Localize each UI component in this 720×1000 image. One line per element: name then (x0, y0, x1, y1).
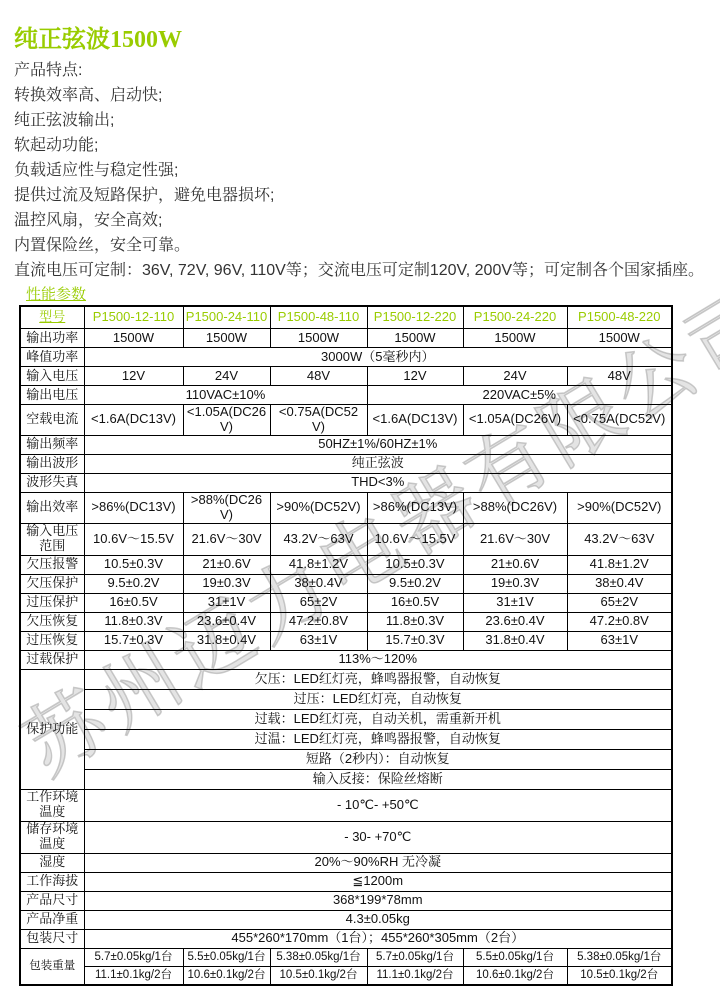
spec-value-cell: 220VAC±5% (367, 386, 672, 405)
spec-value-cell: 65±2V (270, 593, 367, 612)
spec-row: 输出效率>86%(DC13V)>88%(DC26V)>90%(DC52V)>86… (20, 492, 672, 523)
spec-value-cell: 21.6V～30V (183, 523, 270, 555)
spec-value-cell: <1.6A(DC13V) (367, 405, 463, 436)
feature-line: 转换效率高、启动快; (14, 83, 720, 108)
spec-row: 储存环境温度- 30- +70℃ (20, 821, 672, 853)
spec-row: 欠压保护9.5±0.2V19±0.3V38±0.4V9.5±0.2V19±0.3… (20, 574, 672, 593)
spec-value-cell: 15.7±0.3V (84, 631, 183, 650)
spec-value-cell: <1.6A(DC13V) (84, 405, 183, 436)
spec-row: 输入电压范围10.6V～15.5V21.6V～30V43.2V～63V10.6V… (20, 523, 672, 555)
spec-value-cell: 5.7±0.05kg/1台 (367, 948, 463, 966)
spec-row: 过温：LED红灯亮，蜂鸣器报警，自动恢复 (20, 729, 672, 749)
spec-row: 产品尺寸368*199*78mm (20, 891, 672, 910)
spec-value-cell: ≦1200m (84, 872, 672, 891)
spec-table: 型号P1500-12-110P1500-24-110P1500-48-110P1… (19, 305, 673, 986)
spec-value-cell: 9.5±0.2V (367, 574, 463, 593)
spec-row: 过载保护113%～120% (20, 650, 672, 669)
spec-value-cell: 10.5±0.1kg/2台 (270, 966, 367, 985)
spec-value-cell: 10.6V～15.5V (367, 523, 463, 555)
spec-value-cell: 21.6V～30V (463, 523, 567, 555)
spec-row: 11.1±0.1kg/2台10.6±0.1kg/2台10.5±0.1kg/2台1… (20, 966, 672, 985)
spec-value-cell: 38±0.4V (567, 574, 672, 593)
feature-line: 软起动功能; (14, 133, 720, 158)
spec-value-cell: P1500-12-110 (84, 306, 183, 329)
spec-row-label: 输出频率 (20, 435, 84, 454)
spec-row: 过压恢复15.7±0.3V31.8±0.4V63±1V15.7±0.3V31.8… (20, 631, 672, 650)
spec-value-cell: 43.2V～63V (567, 523, 672, 555)
spec-row: 包装尺寸455*260*170mm（1台）；455*260*305mm（2台） (20, 929, 672, 948)
spec-value-cell: 65±2V (567, 593, 672, 612)
spec-row: 输入反接：保险丝熔断 (20, 769, 672, 789)
spec-value-cell: >86%(DC13V) (84, 492, 183, 523)
spec-value-cell: 10.6±0.1kg/2台 (183, 966, 270, 985)
spec-value-cell: 16±0.5V (367, 593, 463, 612)
spec-value-cell: 21±0.6V (183, 555, 270, 574)
spec-value-cell: 4.3±0.05kg (84, 910, 672, 929)
spec-value-cell: 3000W（5毫秒内） (84, 348, 672, 367)
spec-value-cell: 21±0.6V (463, 555, 567, 574)
spec-row-label: 过压保护 (20, 593, 84, 612)
product-features: 产品特点: 转换效率高、启动快;纯正弦波输出;软起动功能;负载适应性与稳定性强;… (0, 58, 720, 283)
feature-line: 直流电压可定制：36V, 72V, 96V, 110V等；交流电压可定制120V… (14, 258, 720, 283)
spec-value-cell: P1500-48-220 (567, 306, 672, 329)
spec-value-cell: 10.5±0.3V (84, 555, 183, 574)
spec-value-cell: 过压：LED红灯亮，自动恢复 (84, 689, 672, 709)
spec-value-cell: 31±1V (463, 593, 567, 612)
spec-value-cell: >86%(DC13V) (367, 492, 463, 523)
spec-value-cell: 1500W (183, 329, 270, 348)
spec-row: 包装重量5.7±0.05kg/1台5.5±0.05kg/1台5.38±0.05k… (20, 948, 672, 966)
spec-value-cell: 16±0.5V (84, 593, 183, 612)
spec-row: 输出电压110VAC±10%220VAC±5% (20, 386, 672, 405)
spec-row-label: 储存环境温度 (20, 821, 84, 853)
spec-value-cell: 11.1±0.1kg/2台 (84, 966, 183, 985)
product-spec-page: 苏州迈力电器有限公司 纯正弦波1500W 产品特点: 转换效率高、启动快;纯正弦… (0, 0, 720, 1000)
spec-value-cell: 63±1V (270, 631, 367, 650)
spec-value-cell: 10.5±0.1kg/2台 (567, 966, 672, 985)
spec-value-cell: 短路（2秒内）：自动恢复 (84, 749, 672, 769)
spec-value-cell: 23.6±0.4V (183, 612, 270, 631)
section-title-performance: 性能参数 (26, 286, 720, 303)
spec-value-cell: 110VAC±10% (84, 386, 367, 405)
spec-row-label: 包装尺寸 (20, 929, 84, 948)
spec-value-cell: 41.8±1.2V (567, 555, 672, 574)
spec-value-cell: 过温：LED红灯亮，蜂鸣器报警，自动恢复 (84, 729, 672, 749)
spec-value-cell: 38±0.4V (270, 574, 367, 593)
spec-value-cell: 纯正弦波 (84, 454, 672, 473)
spec-row: 过载：LED红灯亮，自动关机，需重新开机 (20, 709, 672, 729)
spec-value-cell: 10.6V～15.5V (84, 523, 183, 555)
spec-value-cell: >90%(DC52V) (270, 492, 367, 523)
page-content: 纯正弦波1500W 产品特点: 转换效率高、启动快;纯正弦波输出;软起动功能;负… (0, 26, 720, 986)
spec-value-cell: <0.75A(DC52V) (270, 405, 367, 436)
spec-value-cell: P1500-24-220 (463, 306, 567, 329)
spec-row-label: 工作环境温度 (20, 789, 84, 821)
spec-value-cell: 5.38±0.05kg/1台 (567, 948, 672, 966)
spec-value-cell: 43.2V～63V (270, 523, 367, 555)
spec-value-cell: 63±1V (567, 631, 672, 650)
spec-row-label: 输出效率 (20, 492, 84, 523)
spec-row: 过压保护16±0.5V31±1V65±2V16±0.5V31±1V65±2V (20, 593, 672, 612)
feature-line: 负载适应性与稳定性强; (14, 158, 720, 183)
spec-row: 保护功能欠压：LED红灯亮，蜂鸣器报警，自动恢复 (20, 669, 672, 689)
spec-row: 输出频率50HZ±1%/60HZ±1% (20, 435, 672, 454)
spec-row-label: 产品尺寸 (20, 891, 84, 910)
spec-row: 工作环境温度- 10℃- +50℃ (20, 789, 672, 821)
spec-row-label: 输入电压 (20, 367, 84, 386)
spec-value-cell: THD<3% (84, 473, 672, 492)
page-title: 纯正弦波1500W (14, 26, 720, 54)
spec-value-cell: 15.7±0.3V (367, 631, 463, 650)
spec-row: 产品净重4.3±0.05kg (20, 910, 672, 929)
model-header-row: 型号P1500-12-110P1500-24-110P1500-48-110P1… (20, 306, 672, 329)
spec-value-cell: 20%～90%RH 无冷凝 (84, 853, 672, 872)
spec-value-cell: 5.5±0.05kg/1台 (183, 948, 270, 966)
spec-value-cell: 10.5±0.3V (367, 555, 463, 574)
features-heading: 产品特点: (14, 58, 720, 83)
spec-value-cell: - 30- +70℃ (84, 821, 672, 853)
spec-value-cell: 31.8±0.4V (183, 631, 270, 650)
spec-row-label: 湿度 (20, 853, 84, 872)
spec-value-cell: 48V (567, 367, 672, 386)
spec-value-cell: 9.5±0.2V (84, 574, 183, 593)
spec-value-cell: 11.8±0.3V (84, 612, 183, 631)
spec-table-body: 型号P1500-12-110P1500-24-110P1500-48-110P1… (20, 306, 672, 985)
spec-row: 波形失真THD<3% (20, 473, 672, 492)
spec-value-cell: >88%(DC26V) (183, 492, 270, 523)
spec-value-cell: - 10℃- +50℃ (84, 789, 672, 821)
feature-line: 纯正弦波输出; (14, 108, 720, 133)
spec-row-label: 欠压恢复 (20, 612, 84, 631)
feature-line: 提供过流及短路保护，避免电器损坏; (14, 183, 720, 208)
spec-row: 输入电压12V24V48V12V24V48V (20, 367, 672, 386)
spec-row-label: 工作海拔 (20, 872, 84, 891)
feature-line: 内置保险丝，安全可靠。 (14, 233, 720, 258)
spec-value-cell: 11.1±0.1kg/2台 (367, 966, 463, 985)
spec-row-label: 包装重量 (20, 948, 84, 985)
spec-value-cell: 5.7±0.05kg/1台 (84, 948, 183, 966)
spec-row-label: 输出功率 (20, 329, 84, 348)
spec-row-label: 过压恢复 (20, 631, 84, 650)
spec-value-cell: <1.05A(DC26V) (463, 405, 567, 436)
spec-value-cell: 48V (270, 367, 367, 386)
spec-row-label: 过载保护 (20, 650, 84, 669)
spec-value-cell: 47.2±0.8V (567, 612, 672, 631)
spec-value-cell: 24V (463, 367, 567, 386)
spec-value-cell: 1500W (367, 329, 463, 348)
spec-value-cell: 19±0.3V (463, 574, 567, 593)
spec-value-cell: P1500-24-110 (183, 306, 270, 329)
spec-row-label: 产品净重 (20, 910, 84, 929)
spec-value-cell: 31±1V (183, 593, 270, 612)
spec-row: 短路（2秒内）：自动恢复 (20, 749, 672, 769)
spec-row: 过压：LED红灯亮，自动恢复 (20, 689, 672, 709)
spec-row: 空载电流<1.6A(DC13V)<1.05A(DC26V)<0.75A(DC52… (20, 405, 672, 436)
spec-row: 输出波形纯正弦波 (20, 454, 672, 473)
spec-value-cell: 455*260*170mm（1台）；455*260*305mm（2台） (84, 929, 672, 948)
spec-value-cell: 1500W (84, 329, 183, 348)
spec-value-cell: 12V (84, 367, 183, 386)
spec-value-cell: 10.6±0.1kg/2台 (463, 966, 567, 985)
spec-value-cell: 5.38±0.05kg/1台 (270, 948, 367, 966)
spec-row: 工作海拔≦1200m (20, 872, 672, 891)
spec-value-cell: 31.8±0.4V (463, 631, 567, 650)
spec-row-label: 输出波形 (20, 454, 84, 473)
spec-value-cell: 输入反接：保险丝熔断 (84, 769, 672, 789)
spec-value-cell: 过载：LED红灯亮，自动关机，需重新开机 (84, 709, 672, 729)
spec-value-cell: >88%(DC26V) (463, 492, 567, 523)
spec-value-cell: 23.6±0.4V (463, 612, 567, 631)
spec-row-label: 空载电流 (20, 405, 84, 436)
spec-value-cell: 368*199*78mm (84, 891, 672, 910)
spec-value-cell: 1500W (270, 329, 367, 348)
spec-row-label: 波形失真 (20, 473, 84, 492)
spec-value-cell: 5.5±0.05kg/1台 (463, 948, 567, 966)
spec-value-cell: <1.05A(DC26V) (183, 405, 270, 436)
spec-value-cell: P1500-12-220 (367, 306, 463, 329)
spec-row-label: 输出电压 (20, 386, 84, 405)
spec-row: 峰值功率3000W（5毫秒内） (20, 348, 672, 367)
spec-value-cell: 1500W (567, 329, 672, 348)
spec-value-cell: 欠压：LED红灯亮，蜂鸣器报警，自动恢复 (84, 669, 672, 689)
spec-row: 湿度20%～90%RH 无冷凝 (20, 853, 672, 872)
spec-value-cell: 47.2±0.8V (270, 612, 367, 631)
spec-value-cell: 11.8±0.3V (367, 612, 463, 631)
spec-value-cell: <0.75A(DC52V) (567, 405, 672, 436)
spec-value-cell: >90%(DC52V) (567, 492, 672, 523)
spec-row: 欠压恢复11.8±0.3V23.6±0.4V47.2±0.8V11.8±0.3V… (20, 612, 672, 631)
spec-value-cell: 19±0.3V (183, 574, 270, 593)
spec-row: 输出功率1500W1500W1500W1500W1500W1500W (20, 329, 672, 348)
spec-row-label: 保护功能 (20, 669, 84, 789)
spec-value-cell: 1500W (463, 329, 567, 348)
spec-value-cell: 24V (183, 367, 270, 386)
spec-row: 欠压报警10.5±0.3V21±0.6V41.8±1.2V10.5±0.3V21… (20, 555, 672, 574)
spec-row-label: 型号 (20, 306, 84, 329)
spec-value-cell: 12V (367, 367, 463, 386)
spec-value-cell: 41.8±1.2V (270, 555, 367, 574)
feature-line: 温控风扇，安全高效; (14, 208, 720, 233)
spec-value-cell: 50HZ±1%/60HZ±1% (84, 435, 672, 454)
spec-value-cell: 113%～120% (84, 650, 672, 669)
spec-row-label: 峰值功率 (20, 348, 84, 367)
spec-row-label: 输入电压范围 (20, 523, 84, 555)
spec-row-label: 欠压报警 (20, 555, 84, 574)
spec-row-label: 欠压保护 (20, 574, 84, 593)
spec-value-cell: P1500-48-110 (270, 306, 367, 329)
